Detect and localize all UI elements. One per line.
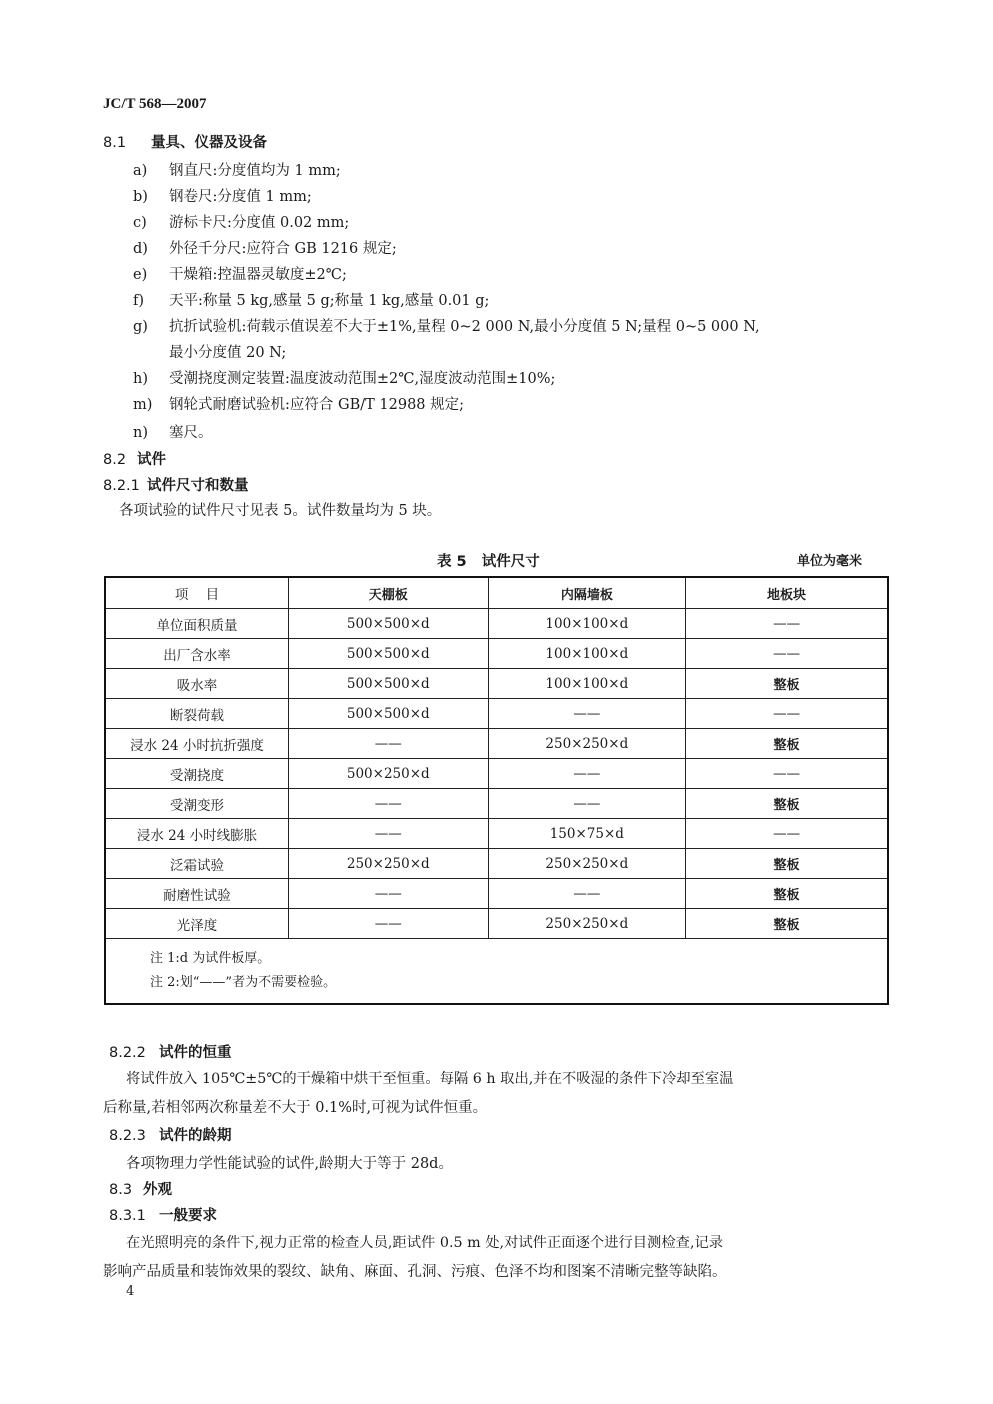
table-cell: 光泽度 — [105, 909, 288, 939]
list-item-e: e)干燥箱:控温器灵敏度±2℃; — [133, 263, 347, 284]
section-title: 量具、仪器及设备 — [151, 135, 267, 151]
section-8-2-2-body-line1: 将试件放入 105℃±5℃的干燥箱中烘干至恒重。每隔 6 h 取出,并在不吸湿的… — [126, 1068, 733, 1088]
table-cell: 150×75×d — [488, 819, 686, 849]
table-cell: 泛霜试验 — [105, 849, 288, 879]
table-title: 表 5 试件尺寸 — [437, 550, 540, 571]
table-cell: 浸水 24 小时线膨胀 — [105, 819, 288, 849]
table-cell: —— — [288, 819, 488, 849]
list-item-g-continuation: 最小分度值 20 N; — [169, 341, 286, 362]
table-cell: —— — [686, 699, 888, 729]
column-header: 内隔墙板 — [488, 577, 686, 609]
section-8-2-3-body: 各项物理力学性能试验的试件,龄期大于等于 28d。 — [126, 1152, 453, 1173]
section-8-2-3-heading: 8.2.3试件的龄期 — [109, 1124, 232, 1145]
table-cell: —— — [686, 639, 888, 669]
document-id: JC/T 568—2007 — [103, 96, 206, 113]
table-row: 耐磨性试验 —— —— 整板 — [105, 879, 888, 909]
table-cell: 出厂含水率 — [105, 639, 288, 669]
column-header: 天棚板 — [288, 577, 488, 609]
table-cell: —— — [288, 879, 488, 909]
table-cell: 500×500×d — [288, 639, 488, 669]
list-item-d: d)外径千分尺:应符合 GB 1216 规定; — [133, 237, 397, 258]
column-header: 项 目 — [105, 577, 288, 609]
section-8-3-1-body-line1: 在光照明亮的条件下,视力正常的检查人员,距试件 0.5 m 处,对试件正面逐个进… — [126, 1232, 723, 1252]
table-cell: 断裂荷载 — [105, 699, 288, 729]
list-item-b: b)钢卷尺:分度值 1 mm; — [133, 185, 312, 206]
table-note-2: 注 2:划“——”者为不需要检验。 — [150, 971, 887, 995]
table-notes-row: 注 1:d 为试件板厚。 注 2:划“——”者为不需要检验。 — [105, 939, 888, 1005]
table-cell: 整板 — [686, 729, 888, 759]
list-item-a: a)钢直尺:分度值均为 1 mm; — [133, 159, 341, 180]
table-row: 单位面积质量 500×500×d 100×100×d —— — [105, 609, 888, 639]
section-8-1-heading: 8.1量具、仪器及设备 — [103, 131, 267, 152]
list-item-m: m)钢轮式耐磨试验机:应符合 GB/T 12988 规定; — [133, 393, 464, 414]
table-cell: 500×500×d — [288, 669, 488, 699]
table-cell: —— — [686, 759, 888, 789]
section-8-3-1-body-line2: 影响产品质量和装饰效果的裂纹、缺角、麻面、孔洞、污痕、色泽不均和图案不清晰完整等… — [103, 1260, 727, 1281]
table-cell: 浸水 24 小时抗折强度 — [105, 729, 288, 759]
table-row: 出厂含水率 500×500×d 100×100×d —— — [105, 639, 888, 669]
section-8-2-1-heading: 8.2.1试件尺寸和数量 — [103, 474, 249, 495]
section-8-3-1-heading: 8.3.1一般要求 — [109, 1204, 217, 1225]
table-cell: 受潮挠度 — [105, 759, 288, 789]
table-cell: —— — [686, 819, 888, 849]
section-8-3-heading: 8.3外观 — [109, 1178, 172, 1199]
list-item-g: g)抗折试验机:荷载示值误差不大于±1%,量程 0~2 000 N,最小分度值 … — [133, 315, 760, 336]
table-row: 吸水率 500×500×d 100×100×d 整板 — [105, 669, 888, 699]
table-cell: 100×100×d — [488, 639, 686, 669]
column-header: 地板块 — [686, 577, 888, 609]
table-unit: 单位为毫米 — [797, 550, 862, 569]
table-note-1: 注 1:d 为试件板厚。 — [150, 947, 887, 971]
table-cell: 整板 — [686, 789, 888, 819]
table-cell: 整板 — [686, 669, 888, 699]
table-cell: 250×250×d — [488, 909, 686, 939]
section-8-2-2-body-line2: 后称量,若相邻两次称量差不大于 0.1%时,可视为试件恒重。 — [103, 1096, 487, 1117]
table-cell: 整板 — [686, 879, 888, 909]
table-cell: 250×250×d — [288, 849, 488, 879]
section-8-2-2-heading: 8.2.2试件的恒重 — [109, 1041, 232, 1062]
table-cell: 单位面积质量 — [105, 609, 288, 639]
table-cell: 受潮变形 — [105, 789, 288, 819]
list-item-c: c)游标卡尺:分度值 0.02 mm; — [133, 211, 349, 232]
table-cell: 250×250×d — [488, 729, 686, 759]
list-item-n: n)塞尺。 — [133, 421, 213, 442]
table-header-row: 项 目 天棚板 内隔墙板 地板块 — [105, 577, 888, 609]
table-cell: —— — [288, 789, 488, 819]
table-cell: —— — [488, 879, 686, 909]
table-row: 受潮变形 —— —— 整板 — [105, 789, 888, 819]
table-cell: —— — [686, 609, 888, 639]
table-cell: —— — [488, 789, 686, 819]
section-8-2-1-body: 各项试验的试件尺寸见表 5。试件数量均为 5 块。 — [119, 499, 441, 520]
table-cell: —— — [288, 729, 488, 759]
table-row: 受潮挠度 500×250×d —— —— — [105, 759, 888, 789]
table-row: 断裂荷载 500×500×d —— —— — [105, 699, 888, 729]
section-number: 8.1 — [103, 135, 151, 151]
table-cell: 250×250×d — [488, 849, 686, 879]
table-cell: —— — [488, 699, 686, 729]
table-cell: 100×100×d — [488, 669, 686, 699]
table-cell: —— — [288, 909, 488, 939]
page-number: 4 — [126, 1284, 134, 1299]
table-cell: —— — [488, 759, 686, 789]
table-cell: 整板 — [686, 909, 888, 939]
table-cell: 耐磨性试验 — [105, 879, 288, 909]
table-cell: 500×500×d — [288, 699, 488, 729]
table-cell: 500×250×d — [288, 759, 488, 789]
section-8-2-heading: 8.2试件 — [103, 448, 166, 469]
table-row: 泛霜试验 250×250×d 250×250×d 整板 — [105, 849, 888, 879]
table-notes: 注 1:d 为试件板厚。 注 2:划“——”者为不需要检验。 — [105, 939, 888, 1005]
table-cell: 500×500×d — [288, 609, 488, 639]
list-item-h: h)受潮挠度测定装置:温度波动范围±2℃,湿度波动范围±10%; — [133, 367, 555, 388]
table-cell: 100×100×d — [488, 609, 686, 639]
table-cell: 整板 — [686, 849, 888, 879]
list-item-f: f)天平:称量 5 kg,感量 5 g;称量 1 kg,感量 0.01 g; — [133, 289, 489, 310]
specimen-size-table: 项 目 天棚板 内隔墙板 地板块 单位面积质量 500×500×d 100×10… — [104, 576, 889, 1005]
table-cell: 吸水率 — [105, 669, 288, 699]
table-row: 浸水 24 小时线膨胀 —— 150×75×d —— — [105, 819, 888, 849]
table-row: 浸水 24 小时抗折强度 —— 250×250×d 整板 — [105, 729, 888, 759]
table-row: 光泽度 —— 250×250×d 整板 — [105, 909, 888, 939]
